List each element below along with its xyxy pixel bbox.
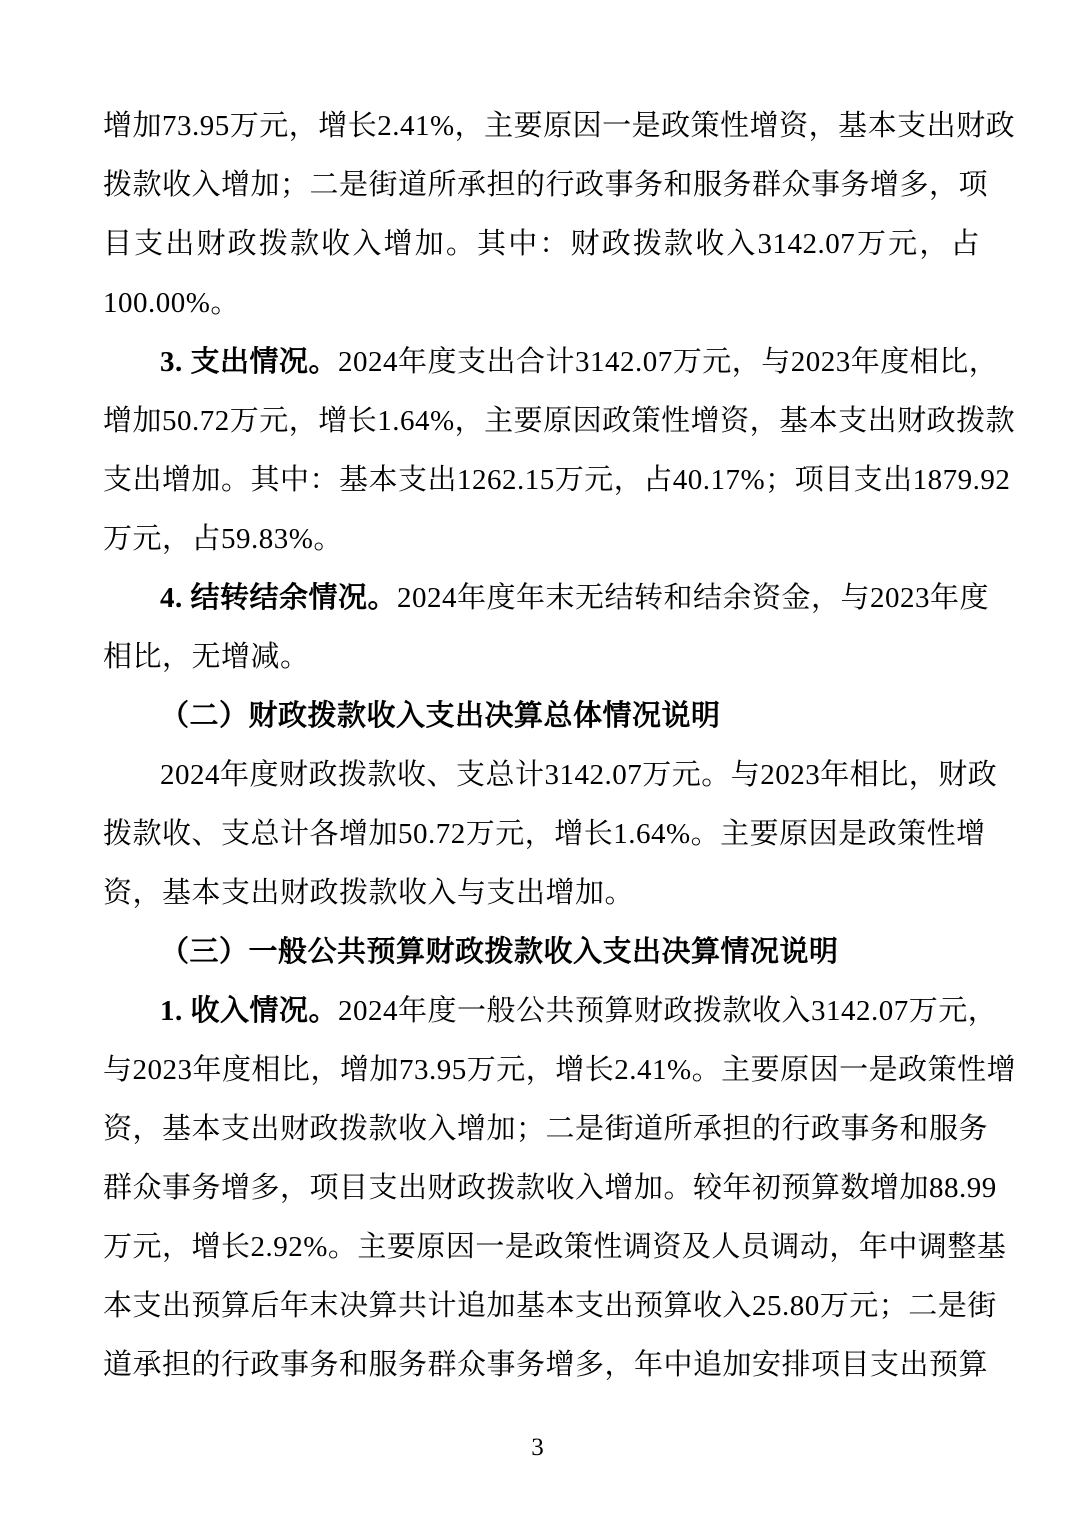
text-run: 2024年度一般公共预算财政拨款收入3142.07万元，: [338, 995, 997, 1027]
text-line: 拨款收入增加；二是街道所承担的行政事务和服务群众事务增多，项: [103, 156, 980, 215]
text-run: 2024年度财政拨款收、支总计3142.07万元。与2023年相比，财政: [160, 759, 997, 791]
text-line: 增加73.95万元，增长2.41%，主要原因一是政策性增资，基本支出财政: [103, 97, 980, 156]
text-run: 拨款收入增加；二是街道所承担的行政事务和服务群众事务增多，项: [103, 169, 988, 201]
text-line: 道承担的行政事务和服务群众事务增多，年中追加安排项目支出预算: [103, 1336, 980, 1395]
text-run: 万元，增长2.92%。主要原因一是政策性调资及人员调动，年中调整基: [103, 1231, 1006, 1263]
text-line: 4. 结转结余情况。2024年度年末无结转和结余资金，与2023年度: [103, 569, 980, 628]
text-run: 万元，占59.83%。: [103, 523, 343, 555]
text-run: 本支出预算后年末决算共计追加基本支出预算收入25.80万元；二是街: [103, 1290, 997, 1322]
text-run: 道承担的行政事务和服务群众事务增多，年中追加安排项目支出预算: [103, 1349, 988, 1381]
text-line: 2024年度财政拨款收、支总计3142.07万元。与2023年相比，财政: [103, 746, 980, 805]
bold-heading-run: 3. 支出情况。: [160, 346, 338, 378]
text-line: 资，基本支出财政拨款收入与支出增加。: [103, 864, 980, 923]
bold-heading-run: 4. 结转结余情况。: [160, 582, 397, 614]
page-number: 3: [0, 1431, 1075, 1465]
text-run: 2024年度年末无结转和结余资金，与2023年度: [397, 582, 989, 614]
bold-heading-run: （三）一般公共预算财政拨款收入支出决算情况说明: [160, 936, 839, 968]
text-line: 拨款收、支总计各增加50.72万元，增长1.64%。主要原因是政策性增: [103, 805, 980, 864]
text-line: （三）一般公共预算财政拨款收入支出决算情况说明: [103, 923, 980, 982]
document-page: 增加73.95万元，增长2.41%，主要原因一是政策性增资，基本支出财政拨款收入…: [0, 0, 1075, 1520]
text-line: （二）财政拨款收入支出决算总体情况说明: [103, 687, 980, 746]
text-run: 相比，无增减。: [103, 641, 310, 673]
text-line: 3. 支出情况。2024年度支出合计3142.07万元，与2023年度相比，: [103, 333, 980, 392]
text-line: 万元，占59.83%。: [103, 510, 980, 569]
text-run: 与2023年度相比，增加73.95万元，增长2.41%。主要原因一是政策性增: [103, 1054, 1016, 1086]
text-run: 100.00%。: [103, 287, 240, 319]
text-line: 1. 收入情况。2024年度一般公共预算财政拨款收入3142.07万元，: [103, 982, 980, 1041]
text-line: 100.00%。: [103, 274, 980, 333]
text-line: 相比，无增减。: [103, 628, 980, 687]
text-line: 增加50.72万元，增长1.64%，主要原因政策性增资，基本支出财政拨款: [103, 392, 980, 451]
text-run: 资，基本支出财政拨款收入增加；二是街道所承担的行政事务和服务: [103, 1113, 988, 1145]
text-run: 支出增加。其中：基本支出1262.15万元，占40.17%；项目支出1879.9…: [103, 464, 1010, 496]
text-line: 本支出预算后年末决算共计追加基本支出预算收入25.80万元；二是街: [103, 1277, 980, 1336]
document-body: 增加73.95万元，增长2.41%，主要原因一是政策性增资，基本支出财政拨款收入…: [103, 97, 980, 1395]
text-run: 增加73.95万元，增长2.41%，主要原因一是政策性增资，基本支出财政: [103, 110, 1015, 142]
text-run: 2024年度支出合计3142.07万元，与2023年度相比，: [338, 346, 998, 378]
text-run: 拨款收、支总计各增加50.72万元，增长1.64%。主要原因是政策性增: [103, 818, 986, 850]
text-run: 群众事务增多，项目支出财政拨款收入增加。较年初预算数增加88.99: [103, 1172, 997, 1204]
bold-heading-run: 1. 收入情况。: [160, 995, 338, 1027]
text-line: 支出增加。其中：基本支出1262.15万元，占40.17%；项目支出1879.9…: [103, 451, 980, 510]
text-line: 目支出财政拨款收入增加。其中：财政拨款收入3142.07万元，占: [103, 215, 980, 274]
text-run: 目支出财政拨款收入增加。其中：财政拨款收入3142.07万元，占: [103, 228, 980, 260]
text-line: 群众事务增多，项目支出财政拨款收入增加。较年初预算数增加88.99: [103, 1159, 980, 1218]
text-run: 资，基本支出财政拨款收入与支出增加。: [103, 877, 634, 909]
text-line: 万元，增长2.92%。主要原因一是政策性调资及人员调动，年中调整基: [103, 1218, 980, 1277]
text-run: 增加50.72万元，增长1.64%，主要原因政策性增资，基本支出财政拨款: [103, 405, 1015, 437]
bold-heading-run: （二）财政拨款收入支出决算总体情况说明: [160, 700, 721, 732]
text-line: 与2023年度相比，增加73.95万元，增长2.41%。主要原因一是政策性增: [103, 1041, 980, 1100]
text-line: 资，基本支出财政拨款收入增加；二是街道所承担的行政事务和服务: [103, 1100, 980, 1159]
